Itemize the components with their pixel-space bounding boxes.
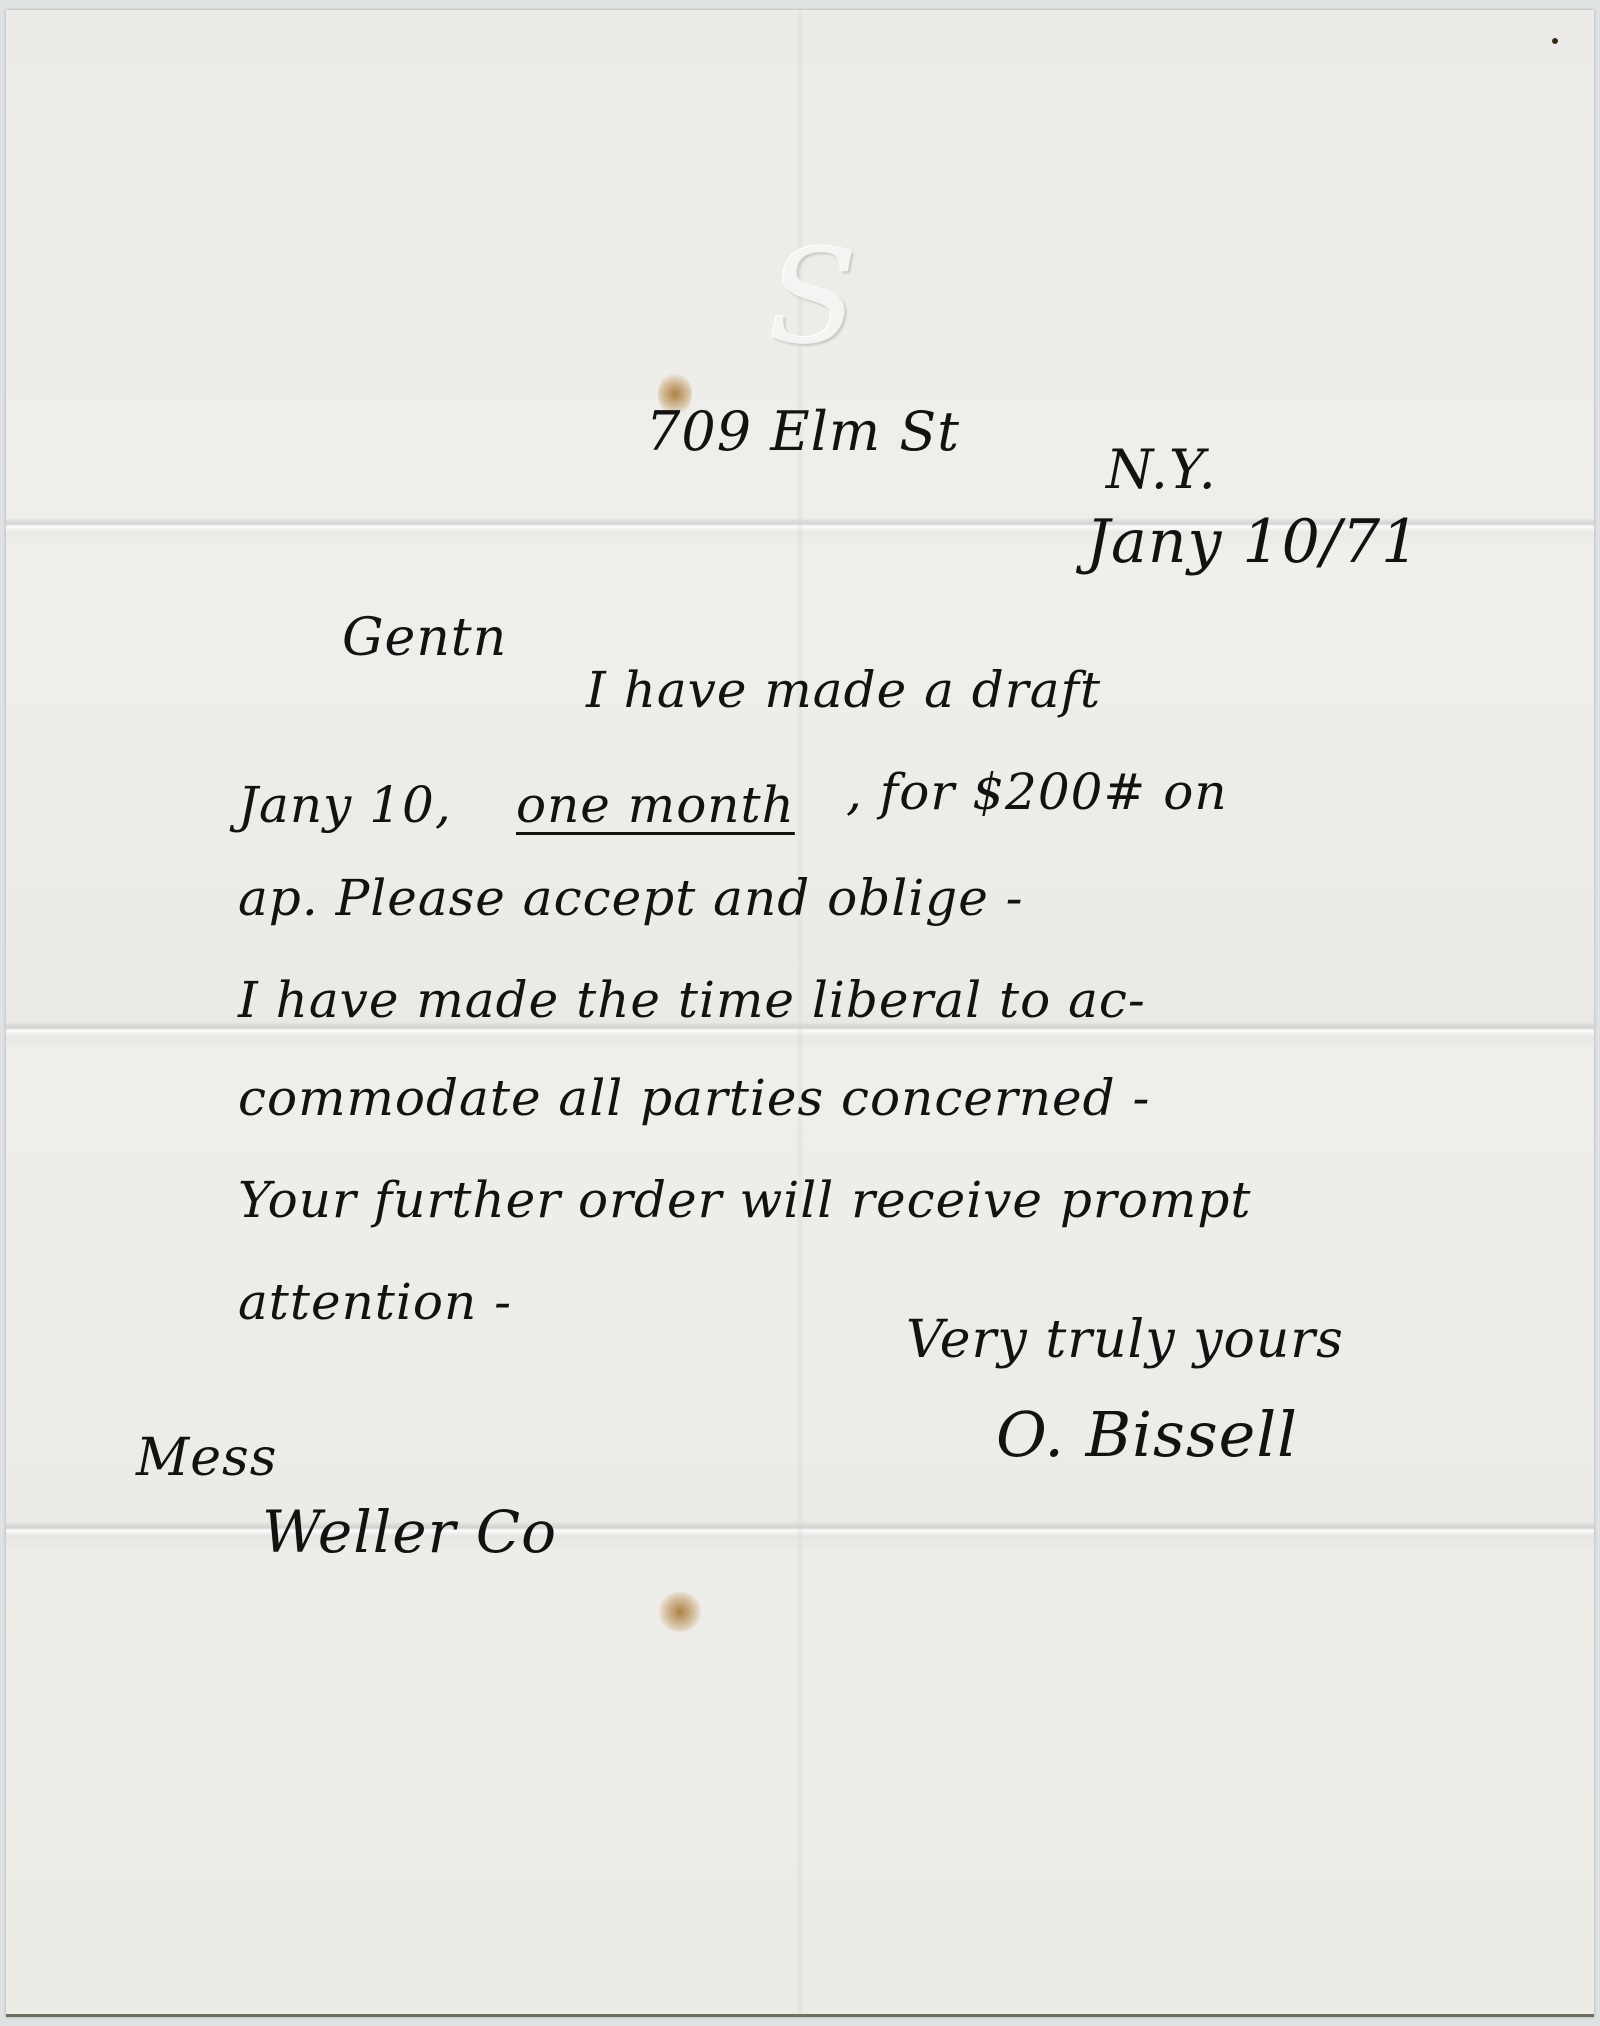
letter-sheet: S 709 Elm St N.Y. Jany 10/71 Gentn I hav… [6,10,1594,2017]
closing: Very truly yours [906,1310,1344,1370]
body-line-2-date: Jany 10, [238,775,452,835]
body-line-1: I have made a draft [586,660,1101,720]
salutation: Gentn [342,608,507,668]
heading-address: 709 Elm St [646,402,960,462]
body-line-5: commodate all parties concerned - [238,1068,1150,1128]
pin-hole [1552,38,1558,44]
signature: O. Bissell [996,1398,1298,1471]
embossed-monogram: S [758,232,868,362]
body-line-6: Your further order will receive prompt [238,1170,1251,1230]
heading-date: Jany 10/71 [1086,512,1420,572]
body-line-3: ap. Please accept and oblige - [238,868,1024,928]
body-line-2-amount: , for $200# on [846,762,1228,822]
body-line-4: I have made the time liberal to ac- [238,970,1146,1030]
body-line-2-term: one month [516,775,795,835]
ink-stain-bottom [658,1592,702,1632]
addressee-line-1: Mess [136,1428,277,1488]
body-line-7: attention - [238,1272,512,1332]
heading-city: N.Y. [1106,440,1217,500]
addressee-line-2: Weller Co [262,1502,557,1562]
